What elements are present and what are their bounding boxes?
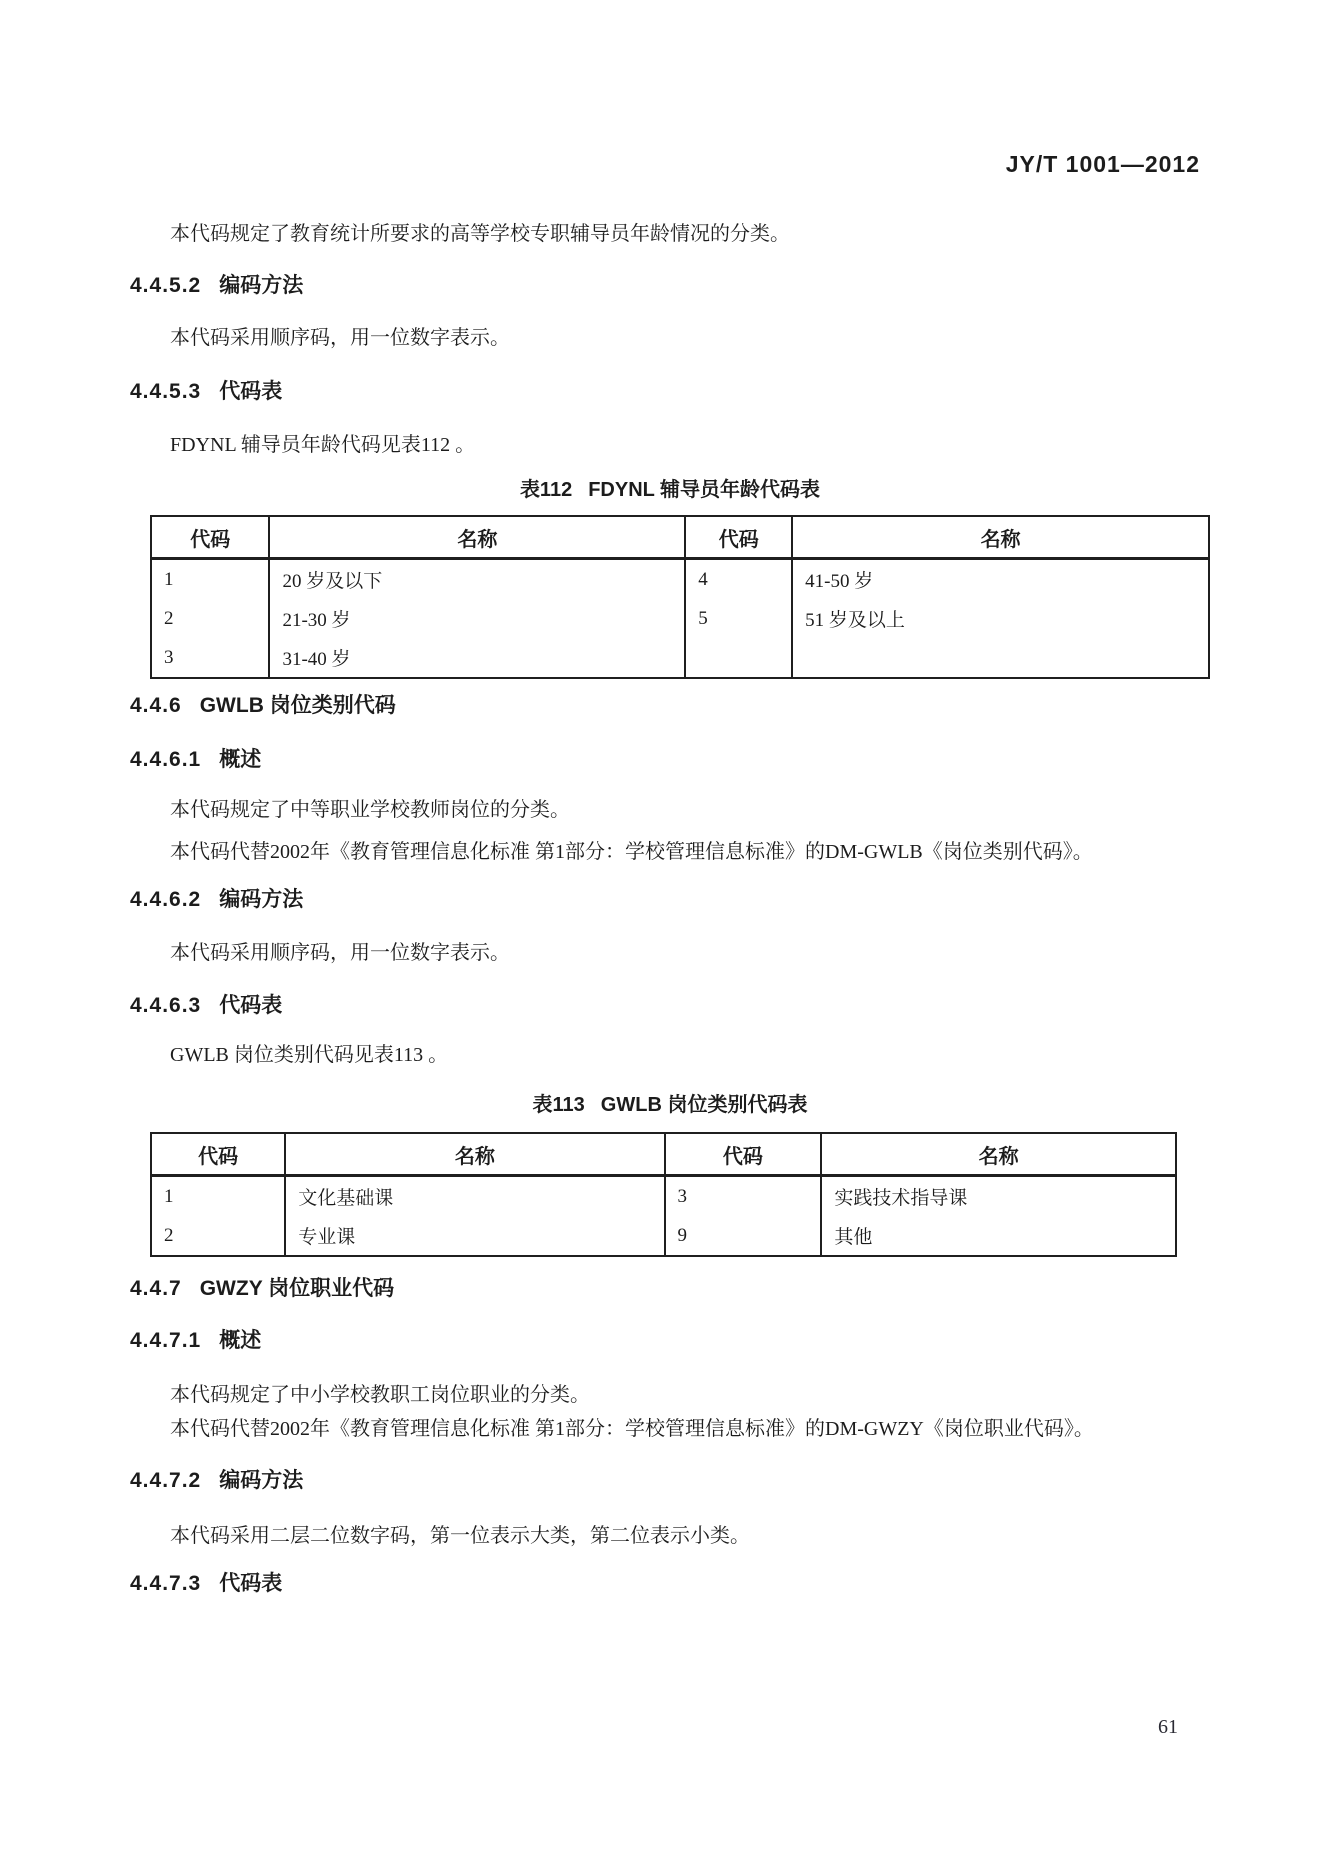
section-heading-4-4-6-2: 4.4.6.2编码方法 <box>130 885 1210 915</box>
column-header-name: 名称 <box>269 516 685 559</box>
paragraph-gwzy-replacement: 本代码代替2002年《教育管理信息化标准 第1部分：学校管理信息标准》的DM-G… <box>130 1412 1210 1446</box>
section-title: 代码表 <box>219 1572 282 1595</box>
paragraph-encoding-method: 本代码采用二层二位数字码，第一位表示大类，第二位表示小类。 <box>130 1519 1210 1553</box>
table-header-row: 代码 名称 代码 名称 <box>151 1133 1176 1176</box>
paragraph-encoding-method: 本代码采用顺序码，用一位数字表示。 <box>130 321 1210 355</box>
table-row: 3 31-40 岁 <box>151 638 1209 678</box>
cell-name: 其他 <box>821 1216 1176 1256</box>
section-heading-4-4-7: 4.4.7GWZY 岗位职业代码 <box>130 1274 1210 1304</box>
paragraph-overview-4-4-5: 本代码规定了教育统计所要求的高等学校专职辅导员年龄情况的分类。 <box>130 217 1210 251</box>
table-title: FDYNL 辅导员年龄代码表 <box>588 479 820 501</box>
section-heading-4-4-6: 4.4.6GWLB 岗位类别代码 <box>130 691 1210 721</box>
paragraph-table-112-ref: FDYNL 辅导员年龄代码见表112 。 <box>130 428 1210 462</box>
paragraph-gwzy-scope: 本代码规定了中小学校教职工岗位职业的分类。 <box>130 1378 1210 1412</box>
table-label: 表112 <box>520 479 572 501</box>
table-row: 1 20 岁及以下 4 41-50 岁 <box>151 559 1209 600</box>
cell-code: 4 <box>685 559 792 600</box>
doc-code: JY/T 1001—2012 <box>130 150 1210 178</box>
table-113-caption: 表113GWLB 岗位类别代码表 <box>130 1090 1210 1120</box>
cell-code: 1 <box>151 1176 285 1217</box>
section-title: 编码方法 <box>219 888 303 911</box>
cell-code: 1 <box>151 559 269 600</box>
section-number: 4.4.7.1 <box>130 1329 201 1352</box>
section-heading-4-4-7-2: 4.4.7.2编码方法 <box>130 1466 1210 1496</box>
column-header-code: 代码 <box>665 1133 822 1176</box>
section-title: GWZY 岗位职业代码 <box>200 1277 394 1300</box>
cell-name: 21-30 岁 <box>269 599 685 638</box>
column-header-name: 名称 <box>821 1133 1176 1176</box>
column-header-name: 名称 <box>285 1133 664 1176</box>
section-title: 概述 <box>219 748 261 771</box>
section-title: 概述 <box>219 1329 261 1352</box>
cell-code: 3 <box>151 638 269 678</box>
section-title: GWLB 岗位类别代码 <box>200 694 396 717</box>
cell-name: 文化基础课 <box>285 1176 664 1217</box>
document-page: JY/T 1001—2012 本代码规定了教育统计所要求的高等学校专职辅导员年龄… <box>0 0 1323 1871</box>
cell-name: 专业课 <box>285 1216 664 1256</box>
cell-name: 实践技术指导课 <box>821 1176 1176 1217</box>
column-header-code: 代码 <box>151 1133 285 1176</box>
section-number: 4.4.7.2 <box>130 1469 201 1492</box>
table-title: GWLB 岗位类别代码表 <box>601 1094 808 1116</box>
cell-name: 20 岁及以下 <box>269 559 685 600</box>
section-heading-4-4-6-1: 4.4.6.1概述 <box>130 745 1210 775</box>
cell-code: 2 <box>151 599 269 638</box>
cell-code: 3 <box>665 1176 822 1217</box>
table-row: 1 文化基础课 3 实践技术指导课 <box>151 1176 1176 1217</box>
cell-name: 41-50 岁 <box>792 559 1209 600</box>
section-heading-4-4-5-2: 4.4.5.2编码方法 <box>130 271 1210 301</box>
cell-code: 2 <box>151 1216 285 1256</box>
section-number: 4.4.7 <box>130 1277 182 1300</box>
section-heading-4-4-5-3: 4.4.5.3代码表 <box>130 377 1210 407</box>
paragraph-table-113-ref: GWLB 岗位类别代码见表113 。 <box>130 1038 1210 1072</box>
section-number: 4.4.6.3 <box>130 994 201 1017</box>
cell-name: 31-40 岁 <box>269 638 685 678</box>
section-number: 4.4.7.3 <box>130 1572 201 1595</box>
table-112-caption: 表112FDYNL 辅导员年龄代码表 <box>130 475 1210 505</box>
column-header-code: 代码 <box>151 516 269 559</box>
table-header-row: 代码 名称 代码 名称 <box>151 516 1209 559</box>
column-header-name: 名称 <box>792 516 1209 559</box>
cell-name: 51 岁及以上 <box>792 599 1209 638</box>
section-number: 4.4.5.2 <box>130 274 201 297</box>
section-number: 4.4.6.1 <box>130 748 201 771</box>
cell-code: 9 <box>665 1216 822 1256</box>
section-title: 代码表 <box>219 994 282 1017</box>
section-number: 4.4.5.3 <box>130 380 201 403</box>
section-number: 4.4.6 <box>130 694 182 717</box>
paragraph-encoding-method: 本代码采用顺序码，用一位数字表示。 <box>130 936 1210 970</box>
section-title: 编码方法 <box>219 1469 303 1492</box>
table-112: 代码 名称 代码 名称 1 20 岁及以下 4 41-50 岁 2 21-30 … <box>150 515 1210 679</box>
cell-code <box>685 638 792 678</box>
paragraph-gwlb-scope: 本代码规定了中等职业学校教师岗位的分类。 <box>130 793 1210 827</box>
table-row: 2 21-30 岁 5 51 岁及以上 <box>151 599 1209 638</box>
section-heading-4-4-6-3: 4.4.6.3代码表 <box>130 991 1210 1021</box>
paragraph-gwlb-replacement: 本代码代替2002年《教育管理信息化标准 第1部分：学校管理信息标准》的DM-G… <box>130 835 1210 869</box>
section-title: 代码表 <box>219 380 282 403</box>
column-header-code: 代码 <box>685 516 792 559</box>
table-row: 2 专业课 9 其他 <box>151 1216 1176 1256</box>
page-number: 61 <box>1158 1712 1178 1742</box>
cell-code: 5 <box>685 599 792 638</box>
section-title: 编码方法 <box>219 274 303 297</box>
table-113: 代码 名称 代码 名称 1 文化基础课 3 实践技术指导课 2 专业课 9 其他 <box>150 1132 1177 1257</box>
section-number: 4.4.6.2 <box>130 888 201 911</box>
section-heading-4-4-7-3: 4.4.7.3代码表 <box>130 1569 1210 1599</box>
table-label: 表113 <box>533 1094 585 1116</box>
section-heading-4-4-7-1: 4.4.7.1概述 <box>130 1326 1210 1356</box>
cell-name <box>792 638 1209 678</box>
